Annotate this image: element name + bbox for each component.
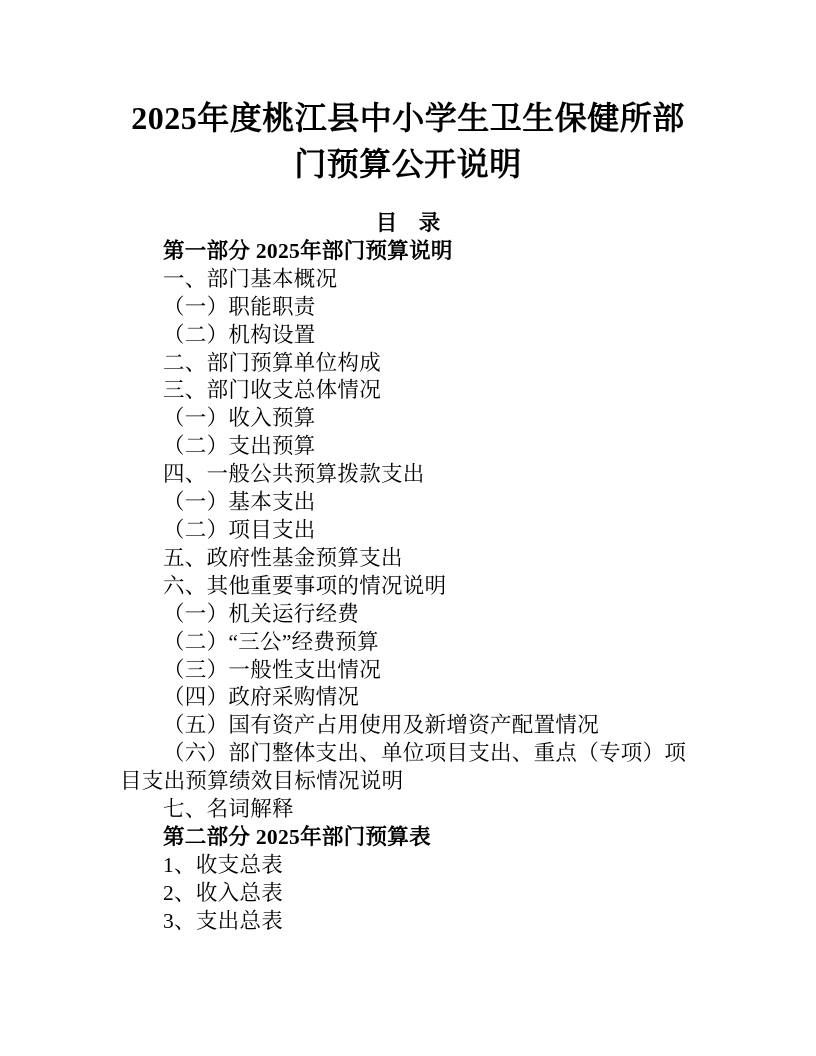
toc-entry: （一）基本支出 — [120, 489, 696, 517]
toc-entry: （六）部门整体支出、单位项目支出、重点（专项）项 目支出预算绩效目标情况说明 — [120, 740, 696, 796]
toc-entry: 六、其他重要事项的情况说明 — [120, 573, 696, 601]
toc-entry: （二）项目支出 — [120, 517, 696, 545]
toc-entry: 1、收支总表 — [120, 852, 696, 880]
toc-entry: 三、部门收支总体情况 — [120, 377, 696, 405]
toc-entry: （一）职能职责 — [120, 294, 696, 322]
toc-entry: 二、部门预算单位构成 — [120, 350, 696, 378]
toc-entry: （五）国有资产占用使用及新增资产配置情况 — [120, 712, 696, 740]
toc-heading: 目 录 — [120, 210, 696, 238]
toc-entry: 一、部门基本概况 — [120, 266, 696, 294]
toc-entry: （一）机关运行经费 — [120, 601, 696, 629]
toc-entry: 四、一般公共预算拨款支出 — [120, 461, 696, 489]
toc-entry: 2、收入总表 — [120, 880, 696, 908]
toc-entry: 七、名词解释 — [120, 796, 696, 824]
toc-entry: 五、政府性基金预算支出 — [120, 545, 696, 573]
toc-entry: （二）支出预算 — [120, 433, 696, 461]
toc-entry: （二）机构设置 — [120, 322, 696, 350]
toc-entry: （三）一般性支出情况 — [120, 657, 696, 685]
toc-entry: （二）“三公”经费预算 — [120, 629, 696, 657]
toc: 第一部分 2025年部门预算说明 一、部门基本概况 （一）职能职责 （二）机构设… — [120, 238, 696, 936]
toc-entry: （四）政府采购情况 — [120, 684, 696, 712]
toc-entry: 3、支出总表 — [120, 908, 696, 936]
document-title: 2025年度桃江县中小学生卫生保健所部 门预算公开说明 — [120, 95, 696, 187]
toc-part1-heading: 第一部分 2025年部门预算说明 — [120, 238, 696, 266]
toc-part2-heading: 第二部分 2025年部门预算表 — [120, 824, 696, 852]
toc-entry: （一）收入预算 — [120, 405, 696, 433]
document-page: 2025年度桃江县中小学生卫生保健所部 门预算公开说明 目 录 第一部分 202… — [0, 0, 816, 1056]
